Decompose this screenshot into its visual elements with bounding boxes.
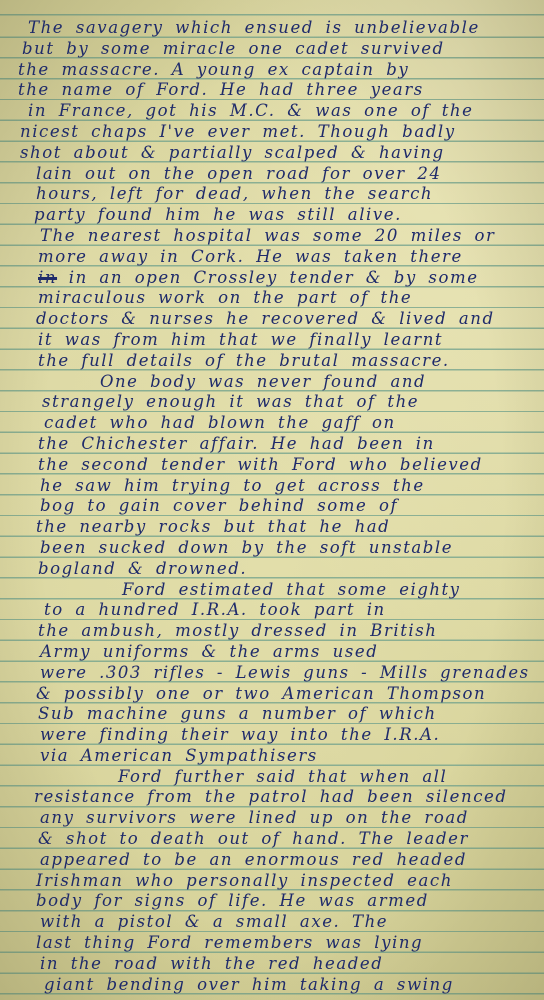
text-line: last thing Ford remembers was lying	[1, 933, 530, 954]
text-line: the massacre. A young ex captain by	[0, 60, 529, 81]
text-line: were finding their way into the I.R.A.	[1, 725, 530, 746]
text-line: the Chichester affair. He had been in	[1, 434, 530, 455]
paragraph-start-line: Ford further said that when all	[4, 767, 530, 788]
text-line: shot about & partially scalped & having	[1, 143, 530, 164]
text-line: Army uniforms & the arms used	[1, 642, 530, 663]
text-line: & shot to death out of hand. The leader	[1, 829, 530, 850]
text-line: hours, left for dead, when the search	[1, 184, 530, 205]
text-line: to a hundred I.R.A. took part in	[1, 600, 530, 621]
text-line: Sub machine guns a number of which	[1, 704, 530, 725]
text-line: appeared to be an enormous red headed	[1, 850, 530, 871]
text-line: doctors & nurses he recovered & lived an…	[1, 309, 530, 330]
text-line: nicest chaps I've ever met. Though badly	[1, 122, 530, 143]
text-line: lain out on the open road for over 24	[1, 164, 530, 185]
text-line: the name of Ford. He had three years	[0, 80, 529, 101]
text-line: in France, got his M.C. & was one of the	[1, 101, 530, 122]
text-line: party found him he was still alive.	[1, 205, 530, 226]
handwritten-text-block: The savagery which ensued is unbelievabl…	[0, 18, 544, 995]
text-line: body for signs of life. He was armed	[1, 891, 530, 912]
text-line: The savagery which ensued is unbelievabl…	[1, 18, 530, 39]
text-line: the ambush, mostly dressed in British	[1, 621, 530, 642]
text-line: Irishman who personally inspected each	[1, 871, 530, 892]
text-line: miraculous work on the part of the	[1, 288, 530, 309]
manuscript-page: The savagery which ensued is unbelievabl…	[0, 0, 544, 1000]
text-line: with a pistol & a small axe. The	[1, 912, 530, 933]
text-line: via American Sympathisers	[1, 746, 530, 767]
text-line-with-strikethrough: in in an open Crossley tender & by some	[1, 268, 530, 289]
text-line: more away in Cork. He was taken there	[1, 247, 530, 268]
text-line: bogland & drowned.	[1, 559, 530, 580]
text-line: it was from him that we finally learnt	[1, 330, 530, 351]
text-line: giant bending over him taking a swing	[1, 975, 530, 996]
text-line: The nearest hospital was some 20 miles o…	[1, 226, 530, 247]
text-line: & possibly one or two American Thompson	[1, 684, 530, 705]
text-line: in the road with the red headed	[1, 954, 530, 975]
paragraph-start-line: Ford estimated that some eighty	[4, 580, 530, 601]
paragraph-start-line: One body was never found and	[3, 372, 530, 393]
text-line: resistance from the patrol had been sile…	[1, 787, 530, 808]
text-line: but by some miracle one cadet survived	[1, 39, 530, 60]
text-line: strangely enough it was that of the	[1, 392, 530, 413]
text-line: the nearby rocks but that he had	[1, 517, 530, 538]
text-line: bog to gain cover behind some of	[1, 496, 530, 517]
text-line: been sucked down by the soft unstable	[1, 538, 530, 559]
text-line: he saw him trying to get across the	[1, 476, 530, 497]
struck-word: in	[38, 268, 57, 288]
text-line: any survivors were lined up on the road	[1, 808, 530, 829]
text-line: the second tender with Ford who believed	[1, 455, 530, 476]
text-line: were .303 rifles - Lewis guns - Mills gr…	[1, 663, 527, 684]
text-line: the full details of the brutal massacre.	[1, 351, 530, 372]
line-text: in an open Crossley tender & by some	[69, 268, 479, 288]
text-line: cadet who had blown the gaff on	[1, 413, 530, 434]
